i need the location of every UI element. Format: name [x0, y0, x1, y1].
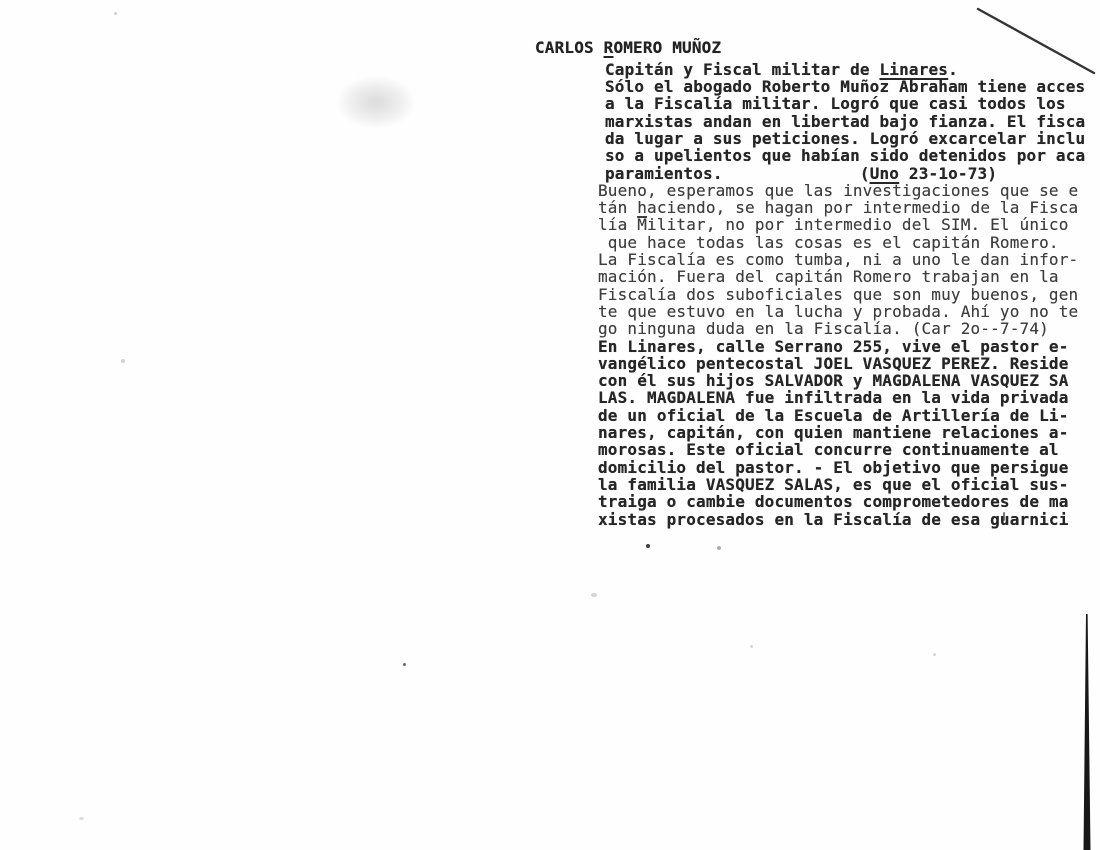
ink-speck: [591, 593, 597, 597]
scanned-document-page: CARLOS ROMERO MUÑOZ Capitán y Fiscal mil…: [0, 0, 1100, 850]
document-line: go ninguna duda en la Fiscalía. (Car 2o-…: [598, 320, 1085, 337]
fingerprint-smudge: [337, 76, 415, 128]
ink-speck: [403, 663, 406, 666]
document-line: vangélico pentecostal JOEL VASQUEZ PEREZ…: [598, 355, 1085, 372]
text-run: aciendo, se hagan por intermedio de la F…: [647, 198, 1078, 217]
text-run: con él sus hijos SALVADOR y MAGDALENA VA…: [598, 371, 1069, 390]
document-line: Sólo el abogado Roberto Muñoz Abraham ti…: [605, 78, 1085, 95]
document-line: mación. Fuera del capitán Romero trabaja…: [598, 268, 1085, 285]
text-run: de un oficial de la Escuela de Artillerí…: [598, 406, 1069, 425]
underlined-text: h: [637, 198, 647, 217]
right-edge-scan-line: [1084, 614, 1091, 850]
text-run: nares, capitán, con quien mantiene relac…: [598, 423, 1069, 442]
document-line: LAS. MAGDALENA fue infiltrada en la vida…: [598, 389, 1085, 406]
ink-speck: [121, 359, 125, 363]
document-line: con él sus hijos SALVADOR y MAGDALENA VA…: [598, 372, 1085, 389]
text-run: que hace todas las cosas es el capitán R…: [598, 233, 1059, 252]
text-run: da lugar a sus peticiones. Logró excarce…: [605, 129, 1085, 148]
document-line: que hace todas las cosas es el capitán R…: [598, 234, 1085, 251]
text-run: go ninguna duda en la Fiscalía. (Car 2o-…: [598, 319, 1049, 338]
document-line: la familia VASQUEZ SALAS, es que el ofic…: [598, 476, 1085, 493]
text-run: 23-1o-73): [899, 164, 997, 183]
document-line: paramientos. (Uno 23-1o-73): [605, 165, 1085, 182]
typewritten-text-block: CARLOS ROMERO MUÑOZ Capitán y Fiscal mil…: [535, 39, 1085, 528]
ink-speck: [933, 653, 936, 656]
paragraph-block: Bueno, esperamos que las investigaciones…: [598, 182, 1085, 338]
document-line: Bueno, esperamos que las investigaciones…: [598, 182, 1085, 199]
ink-speck: [717, 546, 721, 550]
text-run: a la Fiscalía militar. Logró que casi to…: [605, 94, 1066, 113]
text-run: lía Militar, no por intermedio del SIM. …: [598, 215, 1069, 234]
text-run: Fiscalía dos suboficiales que son muy bu…: [598, 285, 1078, 304]
document-heading: CARLOS ROMERO MUÑOZ: [535, 39, 1085, 56]
text-run: Sólo el abogado Roberto Muñoz Abraham ti…: [605, 77, 1085, 96]
text-run: Capitán y Fiscal militar de: [605, 60, 879, 79]
document-line: domicilio del pastor. - El objetivo que …: [598, 459, 1085, 476]
text-run: marxistas andan en libertad bajo fianza.…: [605, 112, 1085, 131]
paragraph-block: En Linares, calle Serrano 255, vive el p…: [598, 338, 1085, 528]
ink-speck: [750, 645, 753, 648]
ink-speck: [646, 544, 650, 548]
underlined-text: Linares: [879, 60, 948, 79]
document-line: En Linares, calle Serrano 255, vive el p…: [598, 338, 1085, 355]
document-line: a la Fiscalía militar. Logró que casi to…: [605, 95, 1085, 112]
document-line: de un oficial de la Escuela de Artillerí…: [598, 407, 1085, 424]
text-run: te que estuvo en la lucha y probada. Ahí…: [598, 302, 1078, 321]
document-line: nares, capitán, con quien mantiene relac…: [598, 424, 1085, 441]
document-line: Fiscalía dos suboficiales que son muy bu…: [598, 286, 1085, 303]
text-run: La Fiscalía es como tumba, ni a uno le d…: [598, 250, 1078, 269]
underlined-text: Uno: [870, 164, 899, 183]
document-line: morosas. Este oficial concurre continuam…: [598, 441, 1085, 458]
document-line: so a upelientos que habían sido detenido…: [605, 147, 1085, 164]
document-line: La Fiscalía es como tumba, ni a uno le d…: [598, 251, 1085, 268]
text-run: CARLOS: [535, 38, 604, 57]
document-line: Capitán y Fiscal militar de Linares.: [605, 61, 1085, 78]
text-run: mación. Fuera del capitán Romero trabaja…: [598, 267, 1059, 286]
text-run: la familia VASQUEZ SALAS, es que el ofic…: [598, 475, 1069, 494]
text-run: vangélico pentecostal JOEL VASQUEZ PEREZ…: [598, 354, 1069, 373]
text-run: OMERO MUÑOZ: [613, 38, 721, 57]
ink-speck: [114, 12, 117, 15]
text-run: morosas. Este oficial concurre continuam…: [598, 440, 1059, 459]
text-run: .: [948, 60, 958, 79]
text-run: so a upelientos que habían sido detenido…: [605, 146, 1085, 165]
document-line: lía Militar, no por intermedio del SIM. …: [598, 216, 1085, 233]
text-run: tán: [598, 198, 637, 217]
text-run: LAS. MAGDALENA fue infiltrada en la vida…: [598, 388, 1069, 407]
document-line: marxistas andan en libertad bajo fianza.…: [605, 113, 1085, 130]
document-line: xistas procesados en la Fiscalía de esa …: [598, 511, 1085, 528]
document-line: da lugar a sus peticiones. Logró excarce…: [605, 130, 1085, 147]
ink-speck: [79, 817, 84, 820]
text-run: En Linares, calle Serrano 255, vive el p…: [598, 337, 1069, 356]
text-run: xistas procesados en la Fiscalía de esa …: [598, 510, 1069, 529]
text-run: domicilio del pastor. - El objetivo que …: [598, 458, 1069, 477]
document-line: tán haciendo, se hagan por intermedio de…: [598, 199, 1085, 216]
paragraph-block: Capitán y Fiscal militar de Linares.Sólo…: [605, 61, 1085, 182]
underlined-text: R: [604, 38, 614, 57]
text-run: paramientos. (: [605, 164, 870, 183]
text-run: traiga o cambie documentos comprometedor…: [598, 492, 1069, 511]
text-run: Bueno, esperamos que las investigaciones…: [598, 181, 1078, 200]
document-line: traiga o cambie documentos comprometedor…: [598, 493, 1085, 510]
document-line: te que estuvo en la lucha y probada. Ahí…: [598, 303, 1085, 320]
